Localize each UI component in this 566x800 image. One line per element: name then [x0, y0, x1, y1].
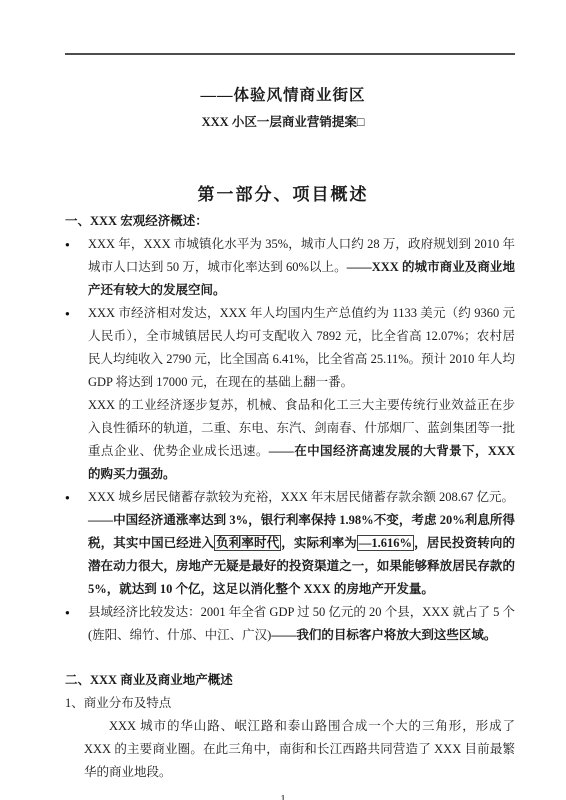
section2-subsection-title: 1、商业分布及特点: [65, 692, 515, 715]
part1-heading: 第一部分、项目概述: [0, 183, 566, 207]
bullet2-paragraph-2: XXX 的工业经济逐步复苏，机械、食品和化工三大主要传统行业效益正在步入良性循环…: [88, 394, 515, 486]
document-body: 一、XXX 宏观经济概述： ● XXX 年，XXX 市城镇化水平为 35%，城市…: [65, 210, 515, 784]
bullet-urbanization: ● XXX 年，XXX 市城镇化水平为 35%，城市人口约 28 万，政府规划到…: [65, 233, 515, 302]
bullet-icon: ●: [65, 302, 88, 486]
bullet2-paragraph-1: XXX 市经济相对发达，XXX 年人均国内生产总值约为 1133 美元（约 93…: [88, 302, 515, 394]
boxed-term-negative-rate-era: 负利率时代: [214, 535, 281, 551]
doc-subtitle: XXX 小区一层商业营销提案□: [0, 113, 566, 131]
bullet-savings: ● XXX 城乡居民储蓄存款较为充裕，XXX 年末居民储蓄存款余额 208.67…: [65, 486, 515, 601]
bullet3-paragraph-1: XXX 城乡居民储蓄存款较为充裕，XXX 年末居民储蓄存款余额 208.67 亿…: [88, 486, 515, 509]
boxed-term-real-rate: —1.616%: [357, 535, 414, 551]
bullet3-paragraph-2: ——中国经济通涨率达到 3%，银行利率保持 1.98%不变，考虑 20%利息所得…: [88, 509, 515, 601]
bullet3-bold-text-2: ，实际利率为: [281, 536, 357, 550]
business-district-paragraph: XXX 城市的华山路、岷江路和泰山路围合成一个大的三角形，形成了 XXX 的主要…: [84, 715, 515, 784]
bullet-county-economy: ● 县域经济比较发达：2001 年全省 GDP 过 50 亿元的 20 个县，X…: [65, 601, 515, 647]
doc-title: ——体验风情商业街区: [0, 85, 566, 107]
bullet-economy: ● XXX 市经济相对发达，XXX 年人均国内生产总值约为 1133 美元（约 …: [65, 302, 515, 486]
section1-title: 一、XXX 宏观经济概述：: [65, 210, 515, 233]
document-page: ——体验风情商业街区 XXX 小区一层商业营销提案□ 第一部分、项目概述 一、X…: [0, 0, 566, 800]
bullet-icon: ●: [65, 233, 88, 302]
page-number: 1: [0, 792, 566, 800]
bullet-icon: ●: [65, 486, 88, 601]
header-rule: [65, 53, 515, 55]
bullet4-conclusion: ——我们的目标客户将放大到这些区域。: [271, 628, 496, 642]
bullet-icon: ●: [65, 601, 88, 647]
section2-title: 二、XXX 商业及商业地产概述: [65, 669, 515, 692]
